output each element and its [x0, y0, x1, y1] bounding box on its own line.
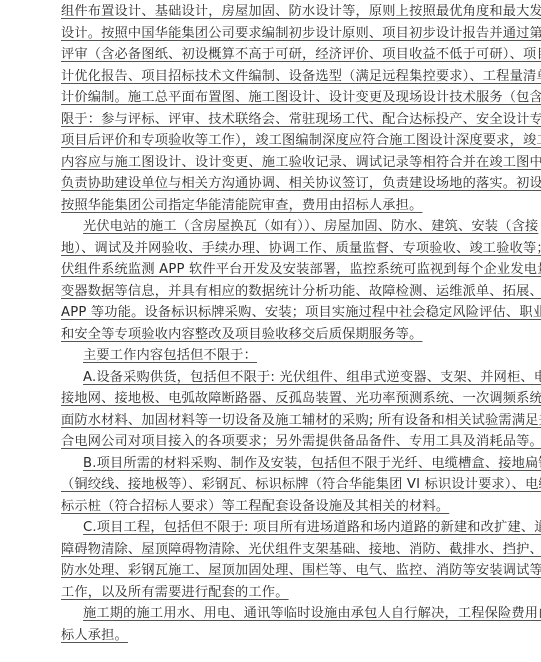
text-line: 接地网、接地极、电弧故障断路器、反孤岛装置、光功率预测系统、一次调频系统、屋	[61, 388, 465, 410]
text-line: C.项目工程，包括但不限于: 项目所有进场道路和场内道路的新建和改扩建、道路	[61, 517, 465, 539]
text-line: 设计。按照中国华能集团公司要求编制初步设计原则、项目初步设计报告并通过第三方	[61, 23, 465, 45]
paragraph-scope-heading: 主要工作内容包括但不限于：	[61, 345, 465, 367]
text-line: 项目后评价和专项验收等工作），竣工图编制深度应符合施工图设计深度要求，竣工图	[61, 130, 465, 152]
text-line: B.项目所需的材料采购、制作及安装，包括但不限于光纤、电缆槽盒、接地扁钢	[61, 453, 465, 475]
text-line: 和安全等专项验收内容整改及项目验收移交后质保期服务等。	[61, 324, 465, 346]
text-line: 标示桩（符合招标人要求）等工程配套设备设施及其相关的材料。	[61, 496, 465, 518]
text-line: 障碍物清除、屋顶障碍物清除、光伏组件支架基础、接地、消防、截排水、挡护、屋顶	[61, 539, 465, 561]
paragraph-item-c-engineering: C.项目工程，包括但不限于: 项目所有进场道路和场内道路的新建和改扩建、道路 障…	[61, 517, 465, 603]
text-line: 合电网公司对项目接入的各项要求；另外需提供备品备件、专用工具及消耗品等。	[61, 431, 465, 453]
text-line: APP 等功能。设备标识标牌采购、安装；项目实施过程中社会稳定风险评估、职业健康	[61, 302, 465, 324]
text-line: 防水处理、彩钢瓦施工、屋顶加固处理、围栏等、电气、监控、消防等安装调试等全部	[61, 560, 465, 582]
text-line: 面防水材料、加固材料等一切设备及施工辅材的采购; 所有设备和相关试验需满足并符	[61, 410, 465, 432]
text-line: 光伏电站的施工（含房屋换瓦（如有））、房屋加固、防水、建筑、安装（含接	[61, 216, 465, 238]
paragraph-item-a-equipment: A.设备采购供货，包括但不限于: 光伏组件、组串式逆变器、支架、并网柜、电缆、 …	[61, 367, 465, 453]
text-line: 内容应与施工图设计、设计变更、施工验收记录、调试记录等相符合并在竣工图中体现。	[61, 152, 465, 174]
text-line: 组件布置设计、基础设计，房屋加固、防水设计等，原则上按照最优角度和最大发电量	[61, 1, 465, 23]
text-line: 工作，以及所有需要进行配套的工作。	[61, 582, 465, 604]
text-line: 伏组件系统监测 APP 软件平台开发及安装部署，监控系统可监视到每个企业发电量、…	[61, 259, 465, 281]
text-line: 施工期的施工用水、用电、通讯等临时设施由承包人自行解决，工程保险费用由投	[61, 603, 465, 625]
text-line: 计优化报告、项目招标技术文件编制、设备选型（满足远程集控要求）、工程量清单及	[61, 66, 465, 88]
text-line: 限于：参与评标、评审、技术联络会、常驻现场工代、配合达标投产、安全设计专篇、	[61, 109, 465, 131]
paragraph-design-scope: 组件布置设计、基础设计，房屋加固、防水设计等，原则上按照最优角度和最大发电量 设…	[61, 1, 465, 216]
text-line: 按照华能集团公司指定华能清能院审查，费用由招标人承担。	[61, 195, 465, 217]
text-line: A.设备采购供货，包括但不限于: 光伏组件、组串式逆变器、支架、并网柜、电缆、	[61, 367, 465, 389]
text-line: （铜绞线、接地极等）、彩钢瓦、标识标牌（符合华能集团 VI 标识设计要求）、电缆	[61, 474, 465, 496]
text-line: 地）、调试及并网验收、手续办理、协调工作、质量监督、专项验收、竣工验收等；光	[61, 238, 465, 260]
document-page: 组件布置设计、基础设计，房屋加固、防水设计等，原则上按照最优角度和最大发电量 设…	[61, 0, 465, 646]
text-line: 评审（含必备图纸、初设概算不高于可研，经济评价、项目收益不低于可研）、项目设	[61, 44, 465, 66]
text-line: 负责协助建设单位与相关方沟通协调、相关协议签订，负责建设场地的落实。初设审查	[61, 173, 465, 195]
text-line: 变器数据等信息，并具有相应的数据统计分析功能、故障检测、运维派单、拓展、手机	[61, 281, 465, 303]
paragraph-temporary-facilities: 施工期的施工用水、用电、通讯等临时设施由承包人自行解决，工程保险费用由投 标人承…	[61, 603, 465, 646]
text-line: 标人承担。	[61, 625, 465, 647]
paragraph-item-b-materials: B.项目所需的材料采购、制作及安装，包括但不限于光纤、电缆槽盒、接地扁钢 （铜绞…	[61, 453, 465, 518]
text-line: 主要工作内容包括但不限于：	[61, 345, 465, 367]
paragraph-construction-scope: 光伏电站的施工（含房屋换瓦（如有））、房屋加固、防水、建筑、安装（含接 地）、调…	[61, 216, 465, 345]
text-line: 计价编制。施工总平面布置图、施工图设计、设计变更及现场设计技术服务（包含但不	[61, 87, 465, 109]
